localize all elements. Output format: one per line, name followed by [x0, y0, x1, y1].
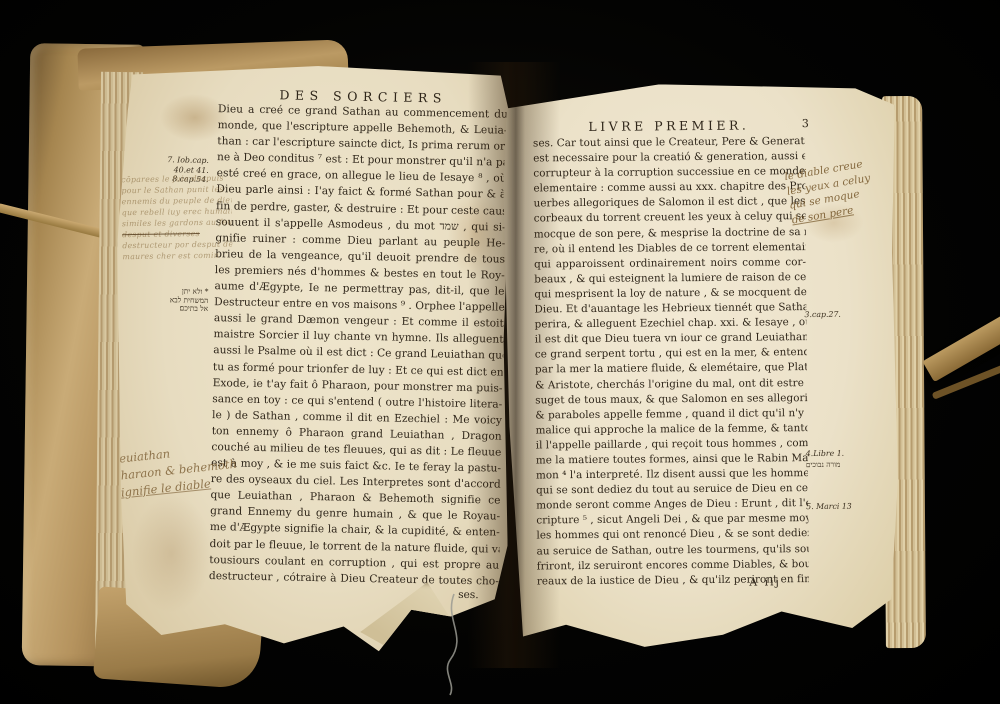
signature-mark: A iij	[537, 575, 809, 590]
text-line: de son pere	[791, 195, 902, 227]
printed-margin-note-3: 3.cap.27.	[804, 310, 840, 319]
printed-margin-note-4: 4.Libre 1.	[806, 449, 844, 458]
right-page-text-block: ses. Car tout ainsi que le Createur, Per…	[533, 135, 809, 590]
foxing-stain	[804, 203, 864, 244]
printed-margin-notes-left: 7. Iob.cap.40.et 41.8.cap.54.	[156, 155, 209, 185]
text-line: 8.cap.54.	[156, 174, 208, 185]
left-page: DES SORCIERS Dieu a creé ce grand Sathan…	[109, 62, 516, 671]
loose-binding-thread	[420, 592, 490, 697]
page-number: 3	[802, 117, 809, 130]
running-header-right-text: LIVRE PREMIER.	[588, 118, 749, 134]
foxing-stain	[130, 493, 212, 615]
hebrew-margin-note-left: * ולא יתןהמשחית לבאאל בתיכם׃	[146, 287, 208, 314]
photo-background: DES SORCIERS Dieu a creé ce grand Sathan…	[0, 0, 1000, 704]
printed-margin-note-4-hebrew: מורה נבוכים	[806, 460, 841, 469]
printed-margin-note-5: 5. Marci 13	[806, 502, 852, 511]
text-line: pour le Sathan punit les	[121, 183, 231, 196]
text-line: אל בתיכם׃	[146, 304, 208, 314]
right-page: LIVRE PREMIER. 3 ses. Car tout ainsi que…	[503, 82, 900, 653]
left-page-text-block: Dieu a creé ce grand Sathan au commencem…	[209, 103, 508, 591]
running-header-right: LIVRE PREMIER. 3	[533, 117, 805, 134]
